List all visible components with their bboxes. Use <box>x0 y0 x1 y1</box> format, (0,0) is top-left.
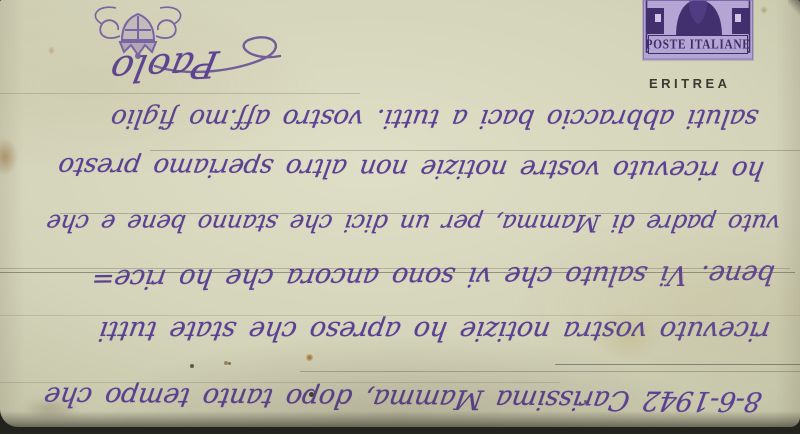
handwriting-line: ricevuto vostra notizie ho apreso che st… <box>97 315 773 346</box>
ruled-line <box>0 272 795 273</box>
stain <box>190 364 194 368</box>
ruled-line <box>60 213 770 214</box>
stain <box>224 361 228 365</box>
ruled-line <box>0 268 790 269</box>
ruled-line <box>0 315 800 316</box>
scan-edge-shadow <box>0 411 800 427</box>
stain <box>48 46 55 55</box>
stain <box>584 400 587 403</box>
postcard-scan: POSTE ITALIANE ERITREA 8-6-1942 Carissim… <box>0 0 800 427</box>
signature-flourish-icon <box>150 30 310 80</box>
ruled-line <box>300 371 800 372</box>
ruled-line <box>0 93 360 94</box>
signature: Paolo <box>105 42 221 91</box>
ruled-line <box>150 150 800 151</box>
postage-stamp: POSTE ITALIANE <box>643 0 753 60</box>
stamp-inscription-band: POSTE ITALIANE <box>648 35 748 54</box>
stain <box>309 392 314 397</box>
ruled-line <box>555 364 800 365</box>
stain <box>0 138 18 176</box>
handwriting-line: saluti abbraccio baci a tutti. vostro af… <box>109 103 760 133</box>
ruled-line <box>0 382 560 383</box>
stain <box>596 312 660 360</box>
eritrea-overprint: ERITREA <box>649 76 731 91</box>
stain <box>760 6 768 14</box>
scan-edge-shadow <box>788 0 800 16</box>
handwriting-line: vuto padre di Mamma, per un dici che sta… <box>44 209 782 237</box>
stain <box>228 362 231 365</box>
handwriting-line-date: 8-6-1942 Carissima Mamma, dopo tanto tem… <box>42 380 764 416</box>
stain <box>306 354 313 361</box>
stain <box>20 398 80 420</box>
savoy-crest-icon <box>68 0 208 60</box>
handwriting-line: ho ricevuto vostre notizie non altro spe… <box>56 151 766 185</box>
handwriting-block: 8-6-1942 Carissima Mamma, dopo tanto tem… <box>0 0 800 420</box>
handwriting-line: bene. Vi saluto che vi sono ancora che h… <box>90 259 777 295</box>
stamp-inscription: POSTE ITALIANE <box>646 38 751 52</box>
